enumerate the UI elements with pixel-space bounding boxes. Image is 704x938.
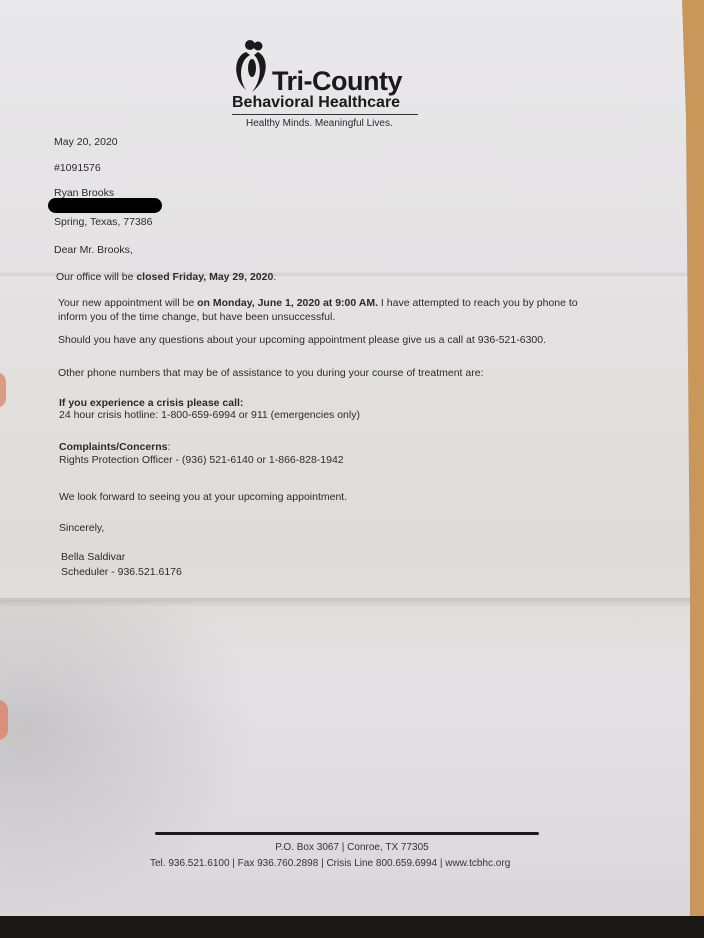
appointment-notice-line2: inform you of the time change, but have … [58, 311, 335, 323]
appt-suffix: I have attempted to reach you by phone t… [378, 297, 578, 309]
complaints-heading-text: Complaints/Concerns [59, 441, 168, 453]
complaints-heading: Complaints/Concerns: [59, 441, 170, 453]
letter-date: May 20, 2020 [54, 136, 118, 148]
org-tagline: Healthy Minds. Meaningful Lives. [246, 118, 393, 129]
complaints-heading-colon: : [168, 441, 171, 453]
valediction: Sincerely, [59, 522, 104, 534]
closure-date: closed Friday, May 29, 2020 [136, 271, 273, 283]
questions-line: Should you have any questions about your… [58, 334, 546, 346]
org-subtitle: Behavioral Healthcare [232, 94, 400, 112]
closure-prefix: Our office will be [56, 271, 136, 283]
closing-sentence: We look forward to seeing you at your up… [59, 491, 347, 503]
people-embrace-icon [232, 38, 272, 94]
org-name: Tri-County [272, 66, 402, 97]
crisis-heading: If you experience a crisis please call: [59, 397, 243, 409]
appt-prefix: Your new appointment will be [58, 297, 197, 309]
footer-contacts: Tel. 936.521.6100 | Fax 936.760.2898 | C… [150, 858, 510, 869]
finger-holding-paper-lower [0, 700, 8, 740]
appt-datetime: on Monday, June 1, 2020 at 9:00 AM. [197, 297, 378, 309]
signer-title: Scheduler - 936.521.6176 [61, 566, 182, 578]
closure-suffix: . [273, 271, 276, 283]
footer-rule [155, 832, 539, 835]
recipient-city: Spring, Texas, 77386 [54, 216, 152, 228]
letter-paper: Tri-County Behavioral Healthcare Healthy… [0, 0, 690, 918]
letterhead-rule [232, 114, 418, 115]
footer-address: P.O. Box 3067 | Conroe, TX 77305 [0, 842, 704, 853]
crisis-hotline: 24 hour crisis hotline: 1-800-659-6994 o… [59, 409, 360, 421]
appointment-notice: Your new appointment will be on Monday, … [58, 297, 578, 309]
other-numbers-intro: Other phone numbers that may be of assis… [58, 367, 483, 379]
paper-crease-shadow [0, 600, 260, 918]
signer-name: Bella Saldivar [61, 551, 125, 563]
reference-number: #1091576 [54, 162, 101, 174]
salutation: Dear Mr. Brooks, [54, 244, 133, 256]
closure-notice: Our office will be closed Friday, May 29… [56, 271, 276, 283]
background-surface [0, 916, 704, 938]
redacted-street-address [48, 198, 162, 213]
letterhead-logo: Tri-County Behavioral Healthcare Healthy… [232, 38, 422, 133]
complaints-contact: Rights Protection Officer - (936) 521-61… [59, 454, 344, 466]
